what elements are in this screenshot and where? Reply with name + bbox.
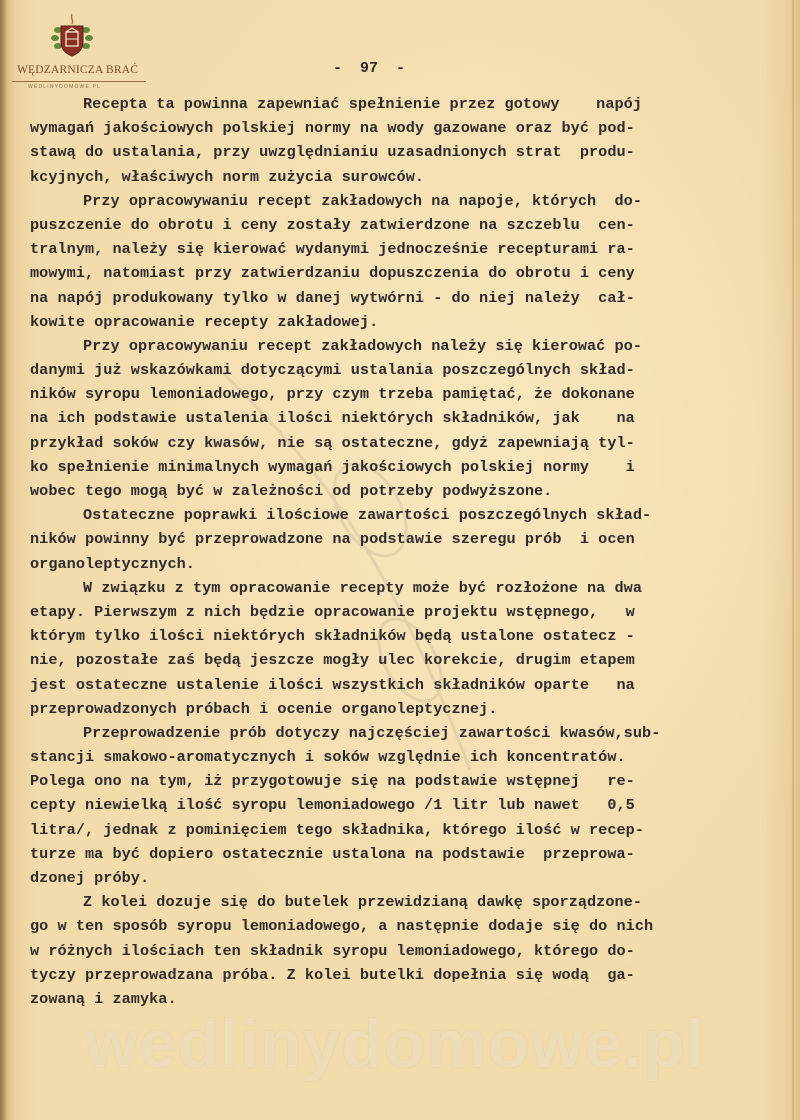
paragraph: Przy opracowywaniu recept zakładowych na… bbox=[30, 189, 800, 334]
text-line: przeprowadzonych próbach i ocenie organo… bbox=[30, 697, 800, 721]
page-edge-shadow bbox=[0, 0, 8, 1120]
text-line: W związku z tym opracowanie recepty może… bbox=[30, 576, 800, 600]
paragraph: W związku z tym opracowanie recepty może… bbox=[30, 576, 800, 721]
text-line: mowymi, natomiast przy zatwierdzaniu dop… bbox=[30, 261, 800, 285]
text-line: danymi już wskazówkami dotyczącymi ustal… bbox=[30, 358, 800, 382]
text-line: turze ma być dopiero ostatecznie ustalon… bbox=[30, 842, 800, 866]
text-line: Recepta ta powinna zapewniać spełnienie … bbox=[30, 92, 800, 116]
text-line: Przy opracowywaniu recept zakładowych na… bbox=[30, 189, 800, 213]
text-line: kcyjnych, właściwych norm zużycia surowc… bbox=[30, 165, 800, 189]
text-line: litra/, jednak z pominięciem tego składn… bbox=[30, 818, 800, 842]
text-line: którym tylko ilości niektórych składnikó… bbox=[30, 624, 800, 648]
text-line: Z kolei dozuje się do butelek przewidzia… bbox=[30, 890, 800, 914]
page-number: - 97 - bbox=[333, 60, 405, 77]
text-line: Przy opracowywaniu recept zakładowych na… bbox=[30, 334, 800, 358]
text-line: Przeprowadzenie prób dotyczy najczęściej… bbox=[30, 721, 800, 745]
text-line: ko spełnienie minimalnych wymagań jakośc… bbox=[30, 455, 800, 479]
text-line: na ich podstawie ustalenia ilości niektó… bbox=[30, 406, 800, 430]
logo-subtitle: WEDLINYDOMOWE.PL bbox=[28, 84, 101, 90]
text-line: w różnych ilościach ten składnik syropu … bbox=[30, 939, 800, 963]
text-line: wymagań jakościowych polskiej normy na w… bbox=[30, 116, 800, 140]
text-line: kowite opracowanie recepty zakładowej. bbox=[30, 310, 800, 334]
text-line: jest ostateczne ustalenie ilości wszystk… bbox=[30, 673, 800, 697]
text-line: go w ten sposób syropu lemoniadowego, a … bbox=[30, 914, 800, 938]
text-line: nie, pozostałe zaś będą jeszcze mogły ul… bbox=[30, 648, 800, 672]
logo-title: WĘDZARNICZA BRAĆ bbox=[17, 64, 147, 76]
text-line: ników powinny być przeprowadzone na pods… bbox=[30, 527, 800, 551]
paragraph: Ostateczne poprawki ilościowe zawartości… bbox=[30, 503, 800, 576]
text-line: tyczy przeprowadzana próba. Z kolei bute… bbox=[30, 963, 800, 987]
text-line: stancji smakowo-aromatycznych i soków wz… bbox=[30, 745, 800, 769]
text-line: przykład soków czy kwasów, nie są ostate… bbox=[30, 431, 800, 455]
scanned-page: WĘDZARNICZA BRAĆ WEDLINYDOMOWE.PL - 97 -… bbox=[0, 0, 800, 1120]
site-logo[interactable]: WĘDZARNICZA BRAĆ WEDLINYDOMOWE.PL bbox=[0, 0, 150, 95]
text-line: ników syropu lemoniadowego, przy czym tr… bbox=[30, 382, 800, 406]
paragraph: Przeprowadzenie prób dotyczy najczęściej… bbox=[30, 721, 800, 890]
paragraph: Z kolei dozuje się do butelek przewidzia… bbox=[30, 890, 800, 1011]
site-watermark: wedlinydomowe.pl bbox=[85, 1005, 706, 1083]
smokehouse-crest-icon bbox=[50, 12, 94, 58]
text-line: Ostateczne poprawki ilościowe zawartości… bbox=[30, 503, 800, 527]
text-line: etapy. Pierwszym z nich będzie opracowan… bbox=[30, 600, 800, 624]
paragraph: Przy opracowywaniu recept zakładowych na… bbox=[30, 334, 800, 503]
logo-divider bbox=[12, 81, 146, 82]
text-line: na napój produkowany tylko w danej wytwó… bbox=[30, 286, 800, 310]
text-line: wobec tego mogą być w zależności od potr… bbox=[30, 479, 800, 503]
text-line: organoleptycznych. bbox=[30, 552, 800, 576]
document-body: Recepta ta powinna zapewniać spełnienie … bbox=[30, 92, 800, 1011]
text-line: cepty niewielką ilość syropu lemoniadowe… bbox=[30, 793, 800, 817]
text-line: tralnym, należy się kierować wydanymi je… bbox=[30, 237, 800, 261]
text-line: puszczenie do obrotu i ceny zostały zatw… bbox=[30, 213, 800, 237]
text-line: dzonej próby. bbox=[30, 866, 800, 890]
text-line: stawą do ustalania, przy uwzględnianiu u… bbox=[30, 140, 800, 164]
text-line: Polega ono na tym, iż przygotowuje się n… bbox=[30, 769, 800, 793]
paragraph: Recepta ta powinna zapewniać spełnienie … bbox=[30, 92, 800, 189]
